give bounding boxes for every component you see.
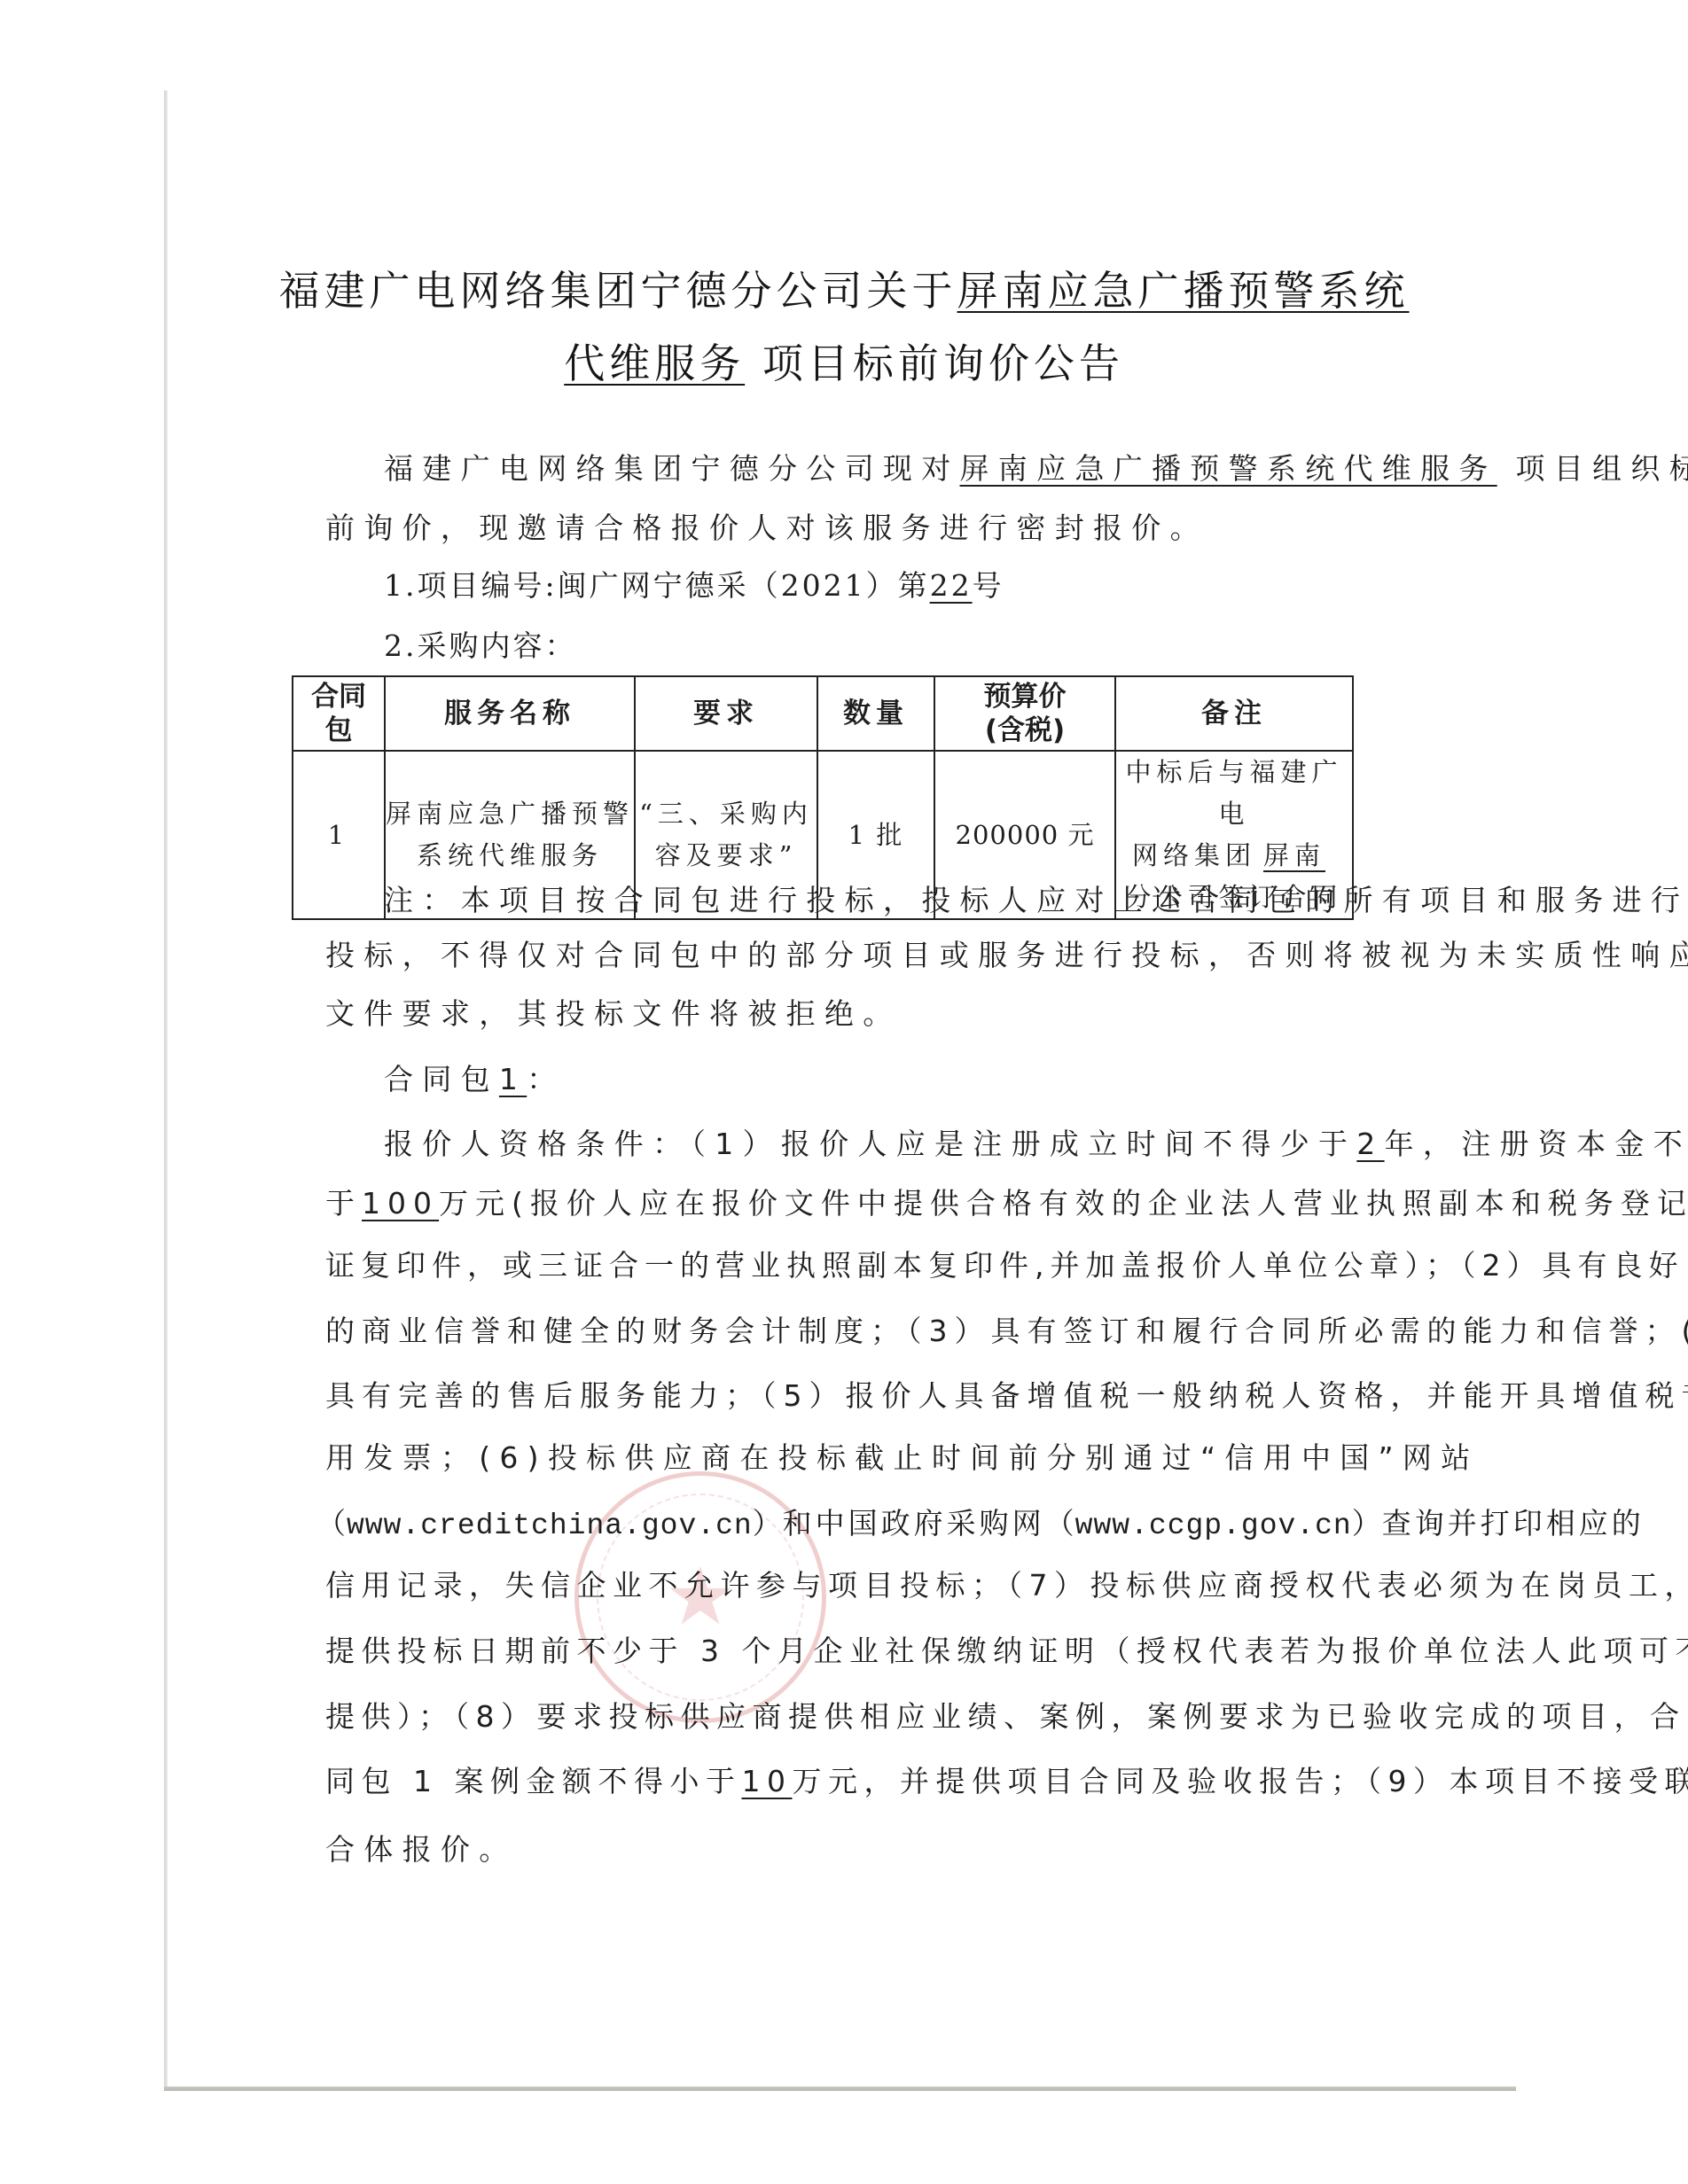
qualification-line-1: 报价人资格条件：（1）报价人应是注册成立时间不得少于2年，注册资本金不得小	[384, 1122, 1688, 1166]
header-quantity: 数量	[817, 676, 934, 751]
qual-case-amount: 10	[741, 1764, 792, 1798]
header-package-line2: 包	[293, 714, 384, 747]
remark-line2-text: 网络集团	[1132, 840, 1256, 870]
package-heading-prefix: 合同包	[384, 1062, 499, 1096]
scan-page-edge-left	[164, 90, 168, 2090]
title-project-name-part1: 屏南应急广播预警系统	[957, 267, 1410, 315]
scan-page-edge-bottom	[164, 2086, 1516, 2091]
intro-line-1: 福建广电网络集团宁德分公司现对屏南应急广播预警系统代维服务 项目组织标	[384, 447, 1688, 491]
qual-l1-prefix: 报价人资格条件：（1）报价人应是注册成立时间不得少于	[384, 1127, 1356, 1161]
qualification-line-8: 信用记录，失信企业不允许参与项目投标；（7）投标供应商授权代表必须为在岗员工，	[325, 1564, 1688, 1608]
project-number-prefix: 1.项目编号:闽广网宁德采（2021）第	[384, 568, 930, 603]
intro-suffix: 项目组织标	[1516, 451, 1688, 486]
qual-l1-suffix: 年，注册资本金不得小	[1385, 1127, 1688, 1161]
header-remark: 备注	[1115, 676, 1353, 751]
title-prefix: 福建广电网络集团宁德分公司关于	[279, 267, 957, 315]
cell-package: 1	[293, 751, 385, 919]
project-number-value: 22	[930, 568, 973, 603]
title-suffix: 项目标前询价公告	[762, 339, 1124, 387]
creditchina-url: （www.creditchina.gov.cn）	[316, 1509, 783, 1542]
qual-l2-suffix: 万元(报价人应在报价文件中提供合格有效的企业法人营业执照副本和税务登记	[439, 1186, 1688, 1221]
note-line-2: 投标，不得仅对合同包中的部分项目或服务进行投标，否则将被视为未实质性响应招标	[325, 933, 1688, 978]
header-budget-line2: (含税)	[935, 714, 1114, 747]
package-heading-number: 1	[499, 1062, 527, 1096]
qualification-line-2: 于100万元(报价人应在报价文件中提供合格有效的企业法人营业执照副本和税务登记	[325, 1182, 1688, 1226]
package-heading-suffix: ：	[527, 1062, 565, 1096]
intro-line-2: 前询价，现邀请合格报价人对该服务进行密封报价。	[325, 506, 1208, 550]
qualification-line-9: 提供投标日期前不少于 3 个月企业社保缴纳证明（授权代表若为报价单位法人此项可不	[325, 1629, 1688, 1673]
qual-l7-suffix: 查询并打印相应的	[1382, 1506, 1645, 1540]
qual-l11-suffix: 万元，并提供项目合同及验收报告；（9）本项目不接受联	[792, 1764, 1688, 1798]
document-title-line-2: 代维服务 项目标前询价公告	[0, 337, 1688, 390]
remark-line1: 中标后与福建广电	[1116, 752, 1352, 835]
procurement-content-label: 2.采购内容：	[384, 624, 577, 668]
qualification-line-6: 用发票；(6)投标供应商在投标截止时间前分别通过“信用中国”网站	[325, 1436, 1480, 1480]
note-line-1: 注：本项目按合同包进行投标，投标人应对上述合同包的所有项目和服务进行完整	[384, 878, 1688, 923]
header-requirement: 要求	[635, 676, 817, 751]
header-budget: 预算价 (含税)	[934, 676, 1115, 751]
remark-branch-name: 屏南	[1256, 840, 1336, 870]
title-project-name-part2: 代维服务	[564, 339, 745, 387]
header-package: 合同 包	[293, 676, 385, 751]
note-line-3: 文件要求，其投标文件将被拒绝。	[325, 992, 902, 1036]
qual-min-capital: 100	[362, 1186, 439, 1221]
qualification-line-12: 合体报价。	[325, 1828, 518, 1872]
intro-prefix: 福建广电网络集团宁德分公司现对	[384, 451, 960, 486]
ccgp-url: （www.ccgp.gov.cn）	[1045, 1509, 1382, 1542]
remark-line2: 网络集团屏南	[1116, 835, 1352, 877]
package-heading: 合同包1：	[384, 1057, 566, 1102]
qualification-line-7: （www.creditchina.gov.cn）和中国政府采购网（www.ccg…	[316, 1501, 1645, 1548]
service-name-line1: 屏南应急广播预警	[386, 793, 634, 835]
qual-l11-prefix: 同包 1 案例金额不得小于	[325, 1764, 741, 1798]
requirement-line2: 容及要求”	[636, 835, 817, 877]
qualification-line-10: 提供）；（8）要求投标供应商提供相应业绩、案例，案例要求为已验收完成的项目，合	[325, 1695, 1686, 1739]
service-name-line2: 系统代维服务	[386, 835, 634, 877]
qualification-line-11: 同包 1 案例金额不得小于10万元，并提供项目合同及验收报告；（9）本项目不接受…	[325, 1759, 1688, 1804]
header-budget-line1: 预算价	[935, 680, 1114, 714]
qual-l2-prefix: 于	[325, 1186, 362, 1221]
qual-min-years: 2	[1356, 1127, 1384, 1161]
qualification-line-5: 具有完善的售后服务能力；（5）报价人具备增值税一般纳税人资格，并能开具增值税专	[325, 1374, 1688, 1418]
qual-l7-mid: 和中国政府采购网	[783, 1506, 1045, 1540]
qualification-line-3: 证复印件，或三证合一的营业执照副本复印件,并加盖报价人单位公章）；（2）具有良好	[325, 1244, 1684, 1288]
qualification-line-4: 的商业信誉和健全的财务会计制度；（3）具有签订和履行合同所必需的能力和信誉；(4…	[325, 1309, 1688, 1353]
table-header-row: 合同 包 服务名称 要求 数量 预算价 (含税) 备注	[293, 676, 1353, 751]
header-service-name: 服务名称	[385, 676, 635, 751]
project-number-line: 1.项目编号:闽广网宁德采（2021）第22号	[384, 564, 1004, 608]
requirement-line1: “三、采购内	[636, 793, 817, 835]
document-title-line-1: 福建广电网络集团宁德分公司关于屏南应急广播预警系统	[0, 264, 1688, 317]
project-number-suffix: 号	[973, 568, 1004, 603]
intro-project-name: 屏南应急广播预警系统代维服务	[960, 451, 1497, 486]
header-package-line1: 合同	[293, 680, 384, 714]
